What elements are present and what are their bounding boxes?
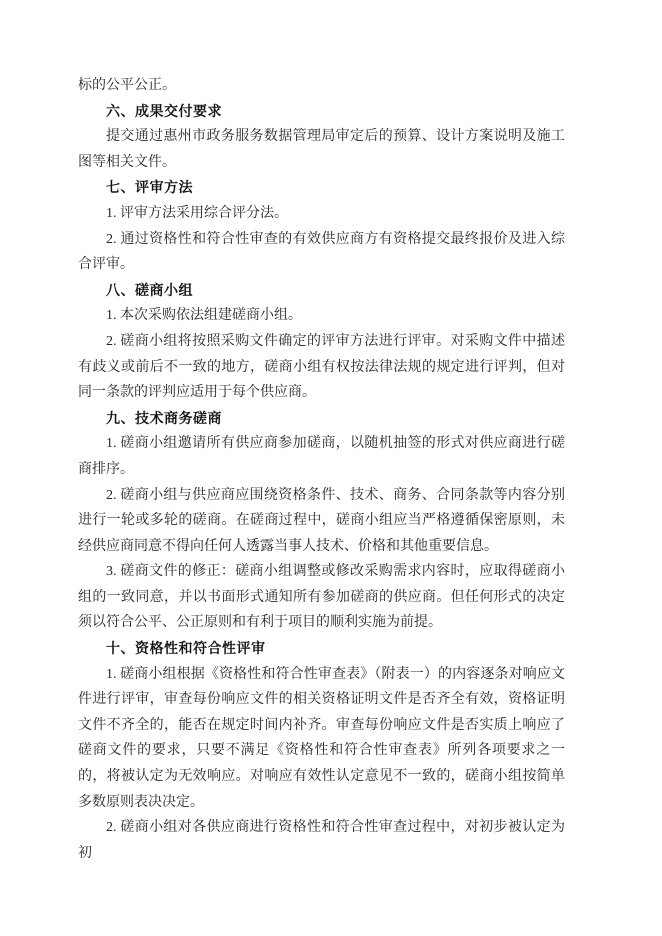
document-page: 标的公平公正。六、成果交付要求提交通过惠州市政务服务数据管理局审定后的预算、设计…	[0, 0, 662, 936]
section-heading: 七、评审方法	[78, 175, 565, 201]
paragraph: 3. 磋商文件的修正：磋商小组调整或修改采购需求内容时，应取得磋商小组的一致同意…	[78, 559, 565, 636]
paragraph: 2. 通过资格性和符合性审查的有效供应商方有资格提交最终报价及进入综合评审。	[78, 227, 565, 278]
section-heading: 九、技术商务磋商	[78, 406, 565, 432]
paragraph: 2. 磋商小组与供应商应围绕资格条件、技术、商务、合同条款等内容分别进行一轮或多…	[78, 483, 565, 560]
paragraph: 提交通过惠州市政务服务数据管理局审定后的预算、设计方案说明及施工图等相关文件。	[78, 124, 565, 175]
paragraph: 2. 磋商小组对各供应商进行资格性和符合性审查过程中，对初步被认定为初	[78, 815, 565, 866]
paragraph: 1. 磋商小组邀请所有供应商参加磋商，以随机抽签的形式对供应商进行磋商排序。	[78, 431, 565, 482]
paragraph: 2. 磋商小组将按照采购文件确定的评审方法进行评审。对采购文件中描述有歧义或前后…	[78, 329, 565, 406]
section-heading: 十、资格性和符合性评审	[78, 636, 565, 662]
section-heading: 六、成果交付要求	[78, 99, 565, 125]
section-heading: 八、磋商小组	[78, 278, 565, 304]
document-body: 标的公平公正。六、成果交付要求提交通过惠州市政务服务数据管理局审定后的预算、设计…	[78, 73, 565, 866]
paragraph: 1. 本次采购依法组建磋商小组。	[78, 303, 565, 329]
paragraph: 标的公平公正。	[78, 73, 565, 99]
paragraph: 1. 评审方法采用综合评分法。	[78, 201, 565, 227]
paragraph: 1. 磋商小组根据《资格性和符合性审查表》（附表一）的内容逐条对响应文件进行评审…	[78, 662, 565, 816]
